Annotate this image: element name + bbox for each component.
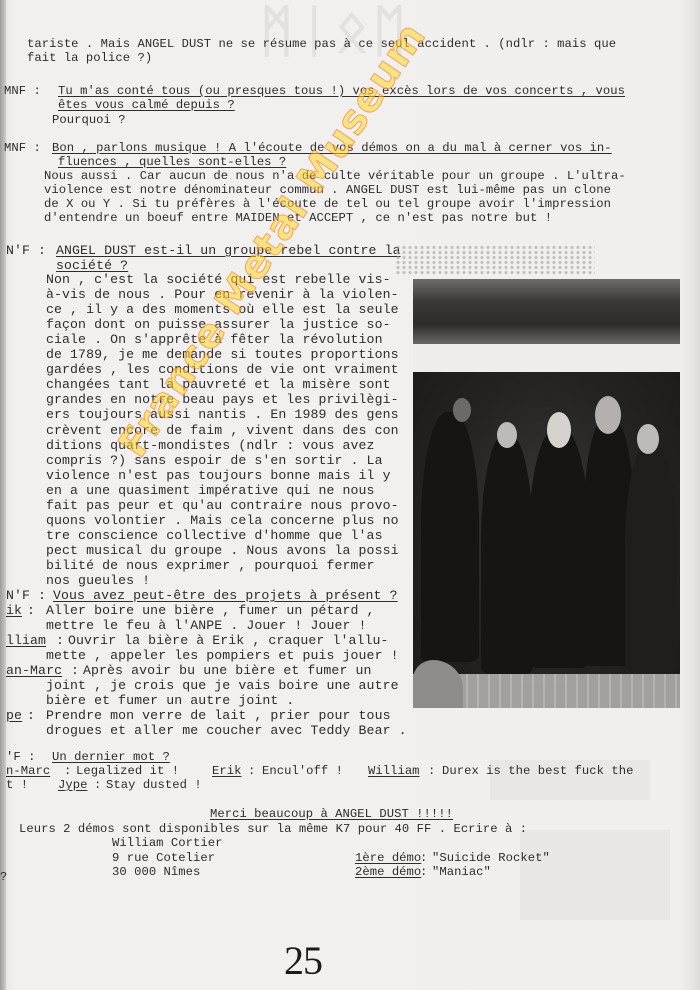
availability-text: Leurs 2 démos sont disponibles sur la mê… — [19, 822, 527, 836]
question-line: société ? — [56, 258, 128, 273]
response-line: mettre le feu à l'ANPE . Jouer ! Jouer ! — [46, 618, 367, 633]
answer-line: ce , il y a des moments où elle est la s… — [46, 302, 399, 317]
answer-line: ers toujours aussi nantis . En 1989 des … — [46, 407, 399, 422]
answer-line: crèvent encore de faim , vivent dans des… — [46, 423, 399, 438]
colon: : — [64, 764, 71, 778]
final-word: Encul'off ! — [262, 764, 343, 778]
colon: : — [56, 633, 64, 648]
question-line: Un dernier mot ? — [52, 750, 170, 764]
fanzine-page: ᛗᛁᛟᛖ tariste . Mais ANGEL DUST ne se rés… — [0, 0, 700, 990]
respondent-label: Erik — [212, 764, 241, 778]
colon: : — [27, 708, 35, 723]
answer-line: Nous aussi . Car aucun de nous n'a de cu… — [44, 169, 626, 183]
thanks-heading: Merci beaucoup à ANGEL DUST !!!!! — [210, 807, 453, 821]
answer-line: Pourquoi ? — [52, 113, 126, 127]
answer-line: ciale . On s'apprête à fêter la révoluti… — [46, 332, 383, 347]
band-member-face — [453, 398, 471, 422]
answer-line: quons volontier . Mais cela concerne plu… — [46, 513, 399, 528]
respondent-label: Jype — [58, 778, 87, 792]
response-line: mette , appeler les pompiers et puis jou… — [46, 648, 399, 663]
answer-line: violence n'est pas toujours bonne mais i… — [46, 468, 391, 483]
response-line: drogues et aller me coucher avec Teddy B… — [46, 723, 407, 738]
final-word: Durex is the best fuck the — [442, 764, 633, 778]
photo-doorway — [413, 372, 680, 708]
address-line: 9 rue Cotelier — [112, 851, 215, 865]
band-member-face — [497, 422, 517, 448]
colon: : — [248, 764, 255, 778]
answer-line: façon dont on puisse assurer la justice … — [46, 317, 391, 332]
respondent-label: an-Marc — [6, 663, 62, 678]
answer-line: compris ?) sans espoir de s'en sortir . … — [46, 453, 383, 468]
band-member — [421, 412, 479, 662]
question-line: Bon , parlons musique ! A l'écoute de vo… — [52, 141, 612, 155]
question-line: ANGEL DUST est-il un groupe rebel contre… — [56, 243, 401, 258]
band-member — [481, 434, 533, 674]
band-member-face — [595, 396, 621, 434]
band-photo — [413, 279, 680, 708]
respondent-label: lliam — [6, 633, 46, 648]
interviewer-label: MNF : — [4, 84, 41, 98]
demo-title: "Suicide Rocket" — [432, 851, 550, 865]
photo-gap — [413, 344, 680, 372]
respondent-label: William — [368, 764, 420, 778]
final-word: Stay dusted ! — [106, 778, 202, 792]
colon: : — [27, 603, 35, 618]
answer-line: pect musical du groupe . Nous avons la p… — [46, 543, 399, 558]
photo-rock — [413, 660, 463, 708]
answer-line: ditions quart-mondistes (ndlr : vous ave… — [46, 438, 375, 453]
margin-mark: ? — [0, 870, 7, 884]
answer-line: nos gueules ! — [46, 573, 150, 588]
answer-line: de 1789, je me demande si toutes proport… — [46, 347, 399, 362]
interviewer-label: N'F : — [6, 243, 46, 258]
demo-label: 1ère démo — [355, 851, 421, 865]
colon: : — [94, 778, 101, 792]
intro-line: tariste . Mais ANGEL DUST ne se résume p… — [27, 37, 616, 51]
final-word-continuation: t ! — [6, 778, 28, 792]
band-member — [529, 428, 589, 668]
page-number: 25 — [284, 937, 322, 984]
response-line: Après avoir bu une bière et fumer un — [83, 663, 372, 678]
response-line: Ouvrir la bière à Erik , craquer l'allu- — [68, 633, 389, 648]
answer-line: gardées , les conditions de vie ont vrai… — [46, 362, 399, 377]
photo-speckle — [395, 245, 595, 275]
band-member — [625, 442, 677, 672]
answer-line: violence est notre dénominateur commun .… — [44, 183, 611, 197]
response-line: joint , je crois que je vais boire une a… — [46, 678, 399, 693]
address-line: William Cortier — [112, 836, 222, 850]
colon: : — [420, 851, 427, 865]
answer-line: fait pas peur et qu'au contraire nous pr… — [46, 498, 399, 513]
answer-line: tre conscience collective d'homme que l'… — [46, 528, 383, 543]
demo-title: "Maniac" — [432, 865, 491, 879]
demo-label: 2ème démo — [355, 865, 421, 879]
question-line: Tu m'as conté tous (ou presques tous !) … — [58, 84, 625, 98]
bleed-through-box — [520, 830, 670, 920]
colon: : — [420, 865, 427, 879]
photo-lintel — [413, 279, 680, 344]
interviewer-label: N'F : — [6, 588, 46, 603]
answer-line: Non , c'est la société qui est rebelle v… — [46, 272, 391, 287]
answer-line: en a une quasiment impérative qui ne nou… — [46, 483, 375, 498]
answer-line: d'entendre un boeuf entre MAIDEN et ACCE… — [44, 211, 552, 225]
respondent-label: n-Marc — [6, 764, 50, 778]
question-line: Vous avez peut-être des projets à présen… — [53, 588, 398, 603]
respondent-label: pe — [6, 708, 22, 723]
respondent-label: ik — [6, 603, 22, 618]
band-member-face — [547, 412, 571, 448]
question-line: êtes vous calmé depuis ? — [58, 98, 235, 112]
answer-line: changées tant la pauvreté et la misère s… — [46, 377, 391, 392]
final-word: Legalized it ! — [76, 764, 179, 778]
colon: : — [428, 764, 435, 778]
address-line: 30 000 Nîmes — [112, 865, 200, 879]
answer-line: à-vis de nous . Pour en revenir à la vio… — [46, 287, 399, 302]
answer-line: grandes en notre beau pays et les privil… — [46, 392, 399, 407]
colon: : — [71, 663, 79, 678]
response-line: Prendre mon verre de lait , prier pour t… — [46, 708, 391, 723]
response-line: Aller boire une bière , fumer un pétard … — [46, 603, 375, 618]
question-line: fluences , quelles sont-elles ? — [58, 155, 286, 169]
response-line: bière et fumer un autre joint . — [46, 693, 294, 708]
bleed-through-logo: ᛗᛁᛟᛖ — [205, 2, 465, 60]
interviewer-label: 'F : — [6, 750, 35, 764]
interviewer-label: MNF : — [4, 141, 41, 155]
band-member-face — [637, 424, 659, 454]
intro-line: fait la police ?) — [27, 51, 152, 65]
answer-line: de X ou Y . Si tu préfères à l'écoute de… — [44, 197, 611, 211]
answer-line: bilité de nous exprimer , pourquoi ferme… — [46, 558, 375, 573]
